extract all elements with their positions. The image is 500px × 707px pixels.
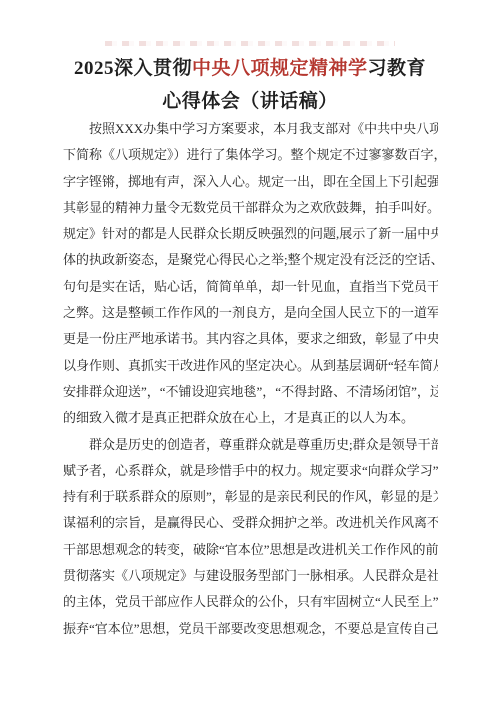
body-line: 字字铿锵，掷地有声，深入人心。规定一出，即在全国上下引起强烈反响， xyxy=(63,169,438,195)
body-line: 之弊。这是整顿工作作风的一剂良方，是向全国人民立下的一道军令状， xyxy=(63,300,438,326)
body-line: 按照XXX办集中学习方案要求，本月我支部对《中共中央八项规定》（以 xyxy=(63,116,438,142)
body-line: 安排群众迎送”，“不铺设迎宾地毯”，“不得封路、不清场闭馆”，这样 xyxy=(63,379,438,405)
body-line: 谋福利的宗旨，是赢得民心、受群众拥护之举。改进机关作风离不开党员 xyxy=(63,510,438,536)
doc-body: 按照XXX办集中学习方案要求，本月我支部对《中共中央八项规定》（以下简称《八项规… xyxy=(63,116,438,642)
title-segment: 习教育 xyxy=(368,58,427,79)
body-line: 持有利于联系群众的原则”，彰显的是亲民利民的作风，彰显的是为群众 xyxy=(63,484,438,510)
body-line: 干部思想观念的转变，破除“官本位”思想是改进机关工作作风的前提。 xyxy=(63,537,438,563)
title-line: 2025深入贯彻中央八项规定精神学习教育 xyxy=(30,52,470,85)
body-line: 贯彻落实《八项规定》与建设服务型部门一脉相承。人民群众是社会发展 xyxy=(63,563,438,589)
body-line: 的主体，党员干部应作人民群众的公仆，只有牢固树立“人民至上”意识、 xyxy=(63,589,438,615)
body-line: 更是一份庄严地承诺书。其内容之具体，要求之细致，彰显了中央领导人 xyxy=(63,326,438,352)
body-line: 的细致入微才是真正把群众放在心上，才是真正的以人为本。 xyxy=(63,405,438,431)
body-line: 句句是实在话，贴心话，简简单单，却一针见血，直指当下党员干部作风 xyxy=(63,274,438,300)
title-segment: 2025深入贯彻 xyxy=(74,58,192,79)
body-line: 规定》针对的都是人民群众长期反映强烈的问题,展示了新一届中央领导集 xyxy=(63,221,438,247)
cropped-red-text-artifact xyxy=(105,41,395,46)
body-line: 赋予者，心系群众，就是珍惜手中的权力。规定要求“向群众学习”，“坚 xyxy=(63,458,438,484)
document-page: 2025深入贯彻中央八项规定精神学习教育心得体会（讲话稿） 按照XXX办集中学习… xyxy=(0,0,500,707)
body-line: 振弃“官本位”思想，党员干部要改变思想观念，不要总是宣传自己的政 xyxy=(63,616,438,642)
doc-title: 2025深入贯彻中央八项规定精神学习教育心得体会（讲话稿） xyxy=(30,52,470,118)
title-segment: 心得体会（讲话稿） xyxy=(162,91,338,112)
body-line: 体的执政新姿态，是聚党心得民心之举;整个规定没有泛泛的空话、套话， xyxy=(63,247,438,273)
title-segment: 中央八项规定精神学 xyxy=(192,58,368,79)
body-line: 其彰显的精神力量令无数党员干部群众为之欢欣鼓舞，拍手叫好。《八项 xyxy=(63,195,438,221)
body-line: 群众是历史的创造者，尊重群众就是尊重历史;群众是领导干部权力的 xyxy=(63,432,438,458)
body-line: 以身作则、真抓实干改进作风的坚定决心。从到基层调研“轻车简从”，“不 xyxy=(63,353,438,379)
body-line: 下简称《八项规定》）进行了集体学习。整个规定不过寥寥数百字，但却 xyxy=(63,142,438,168)
title-line: 心得体会（讲话稿） xyxy=(30,85,470,118)
